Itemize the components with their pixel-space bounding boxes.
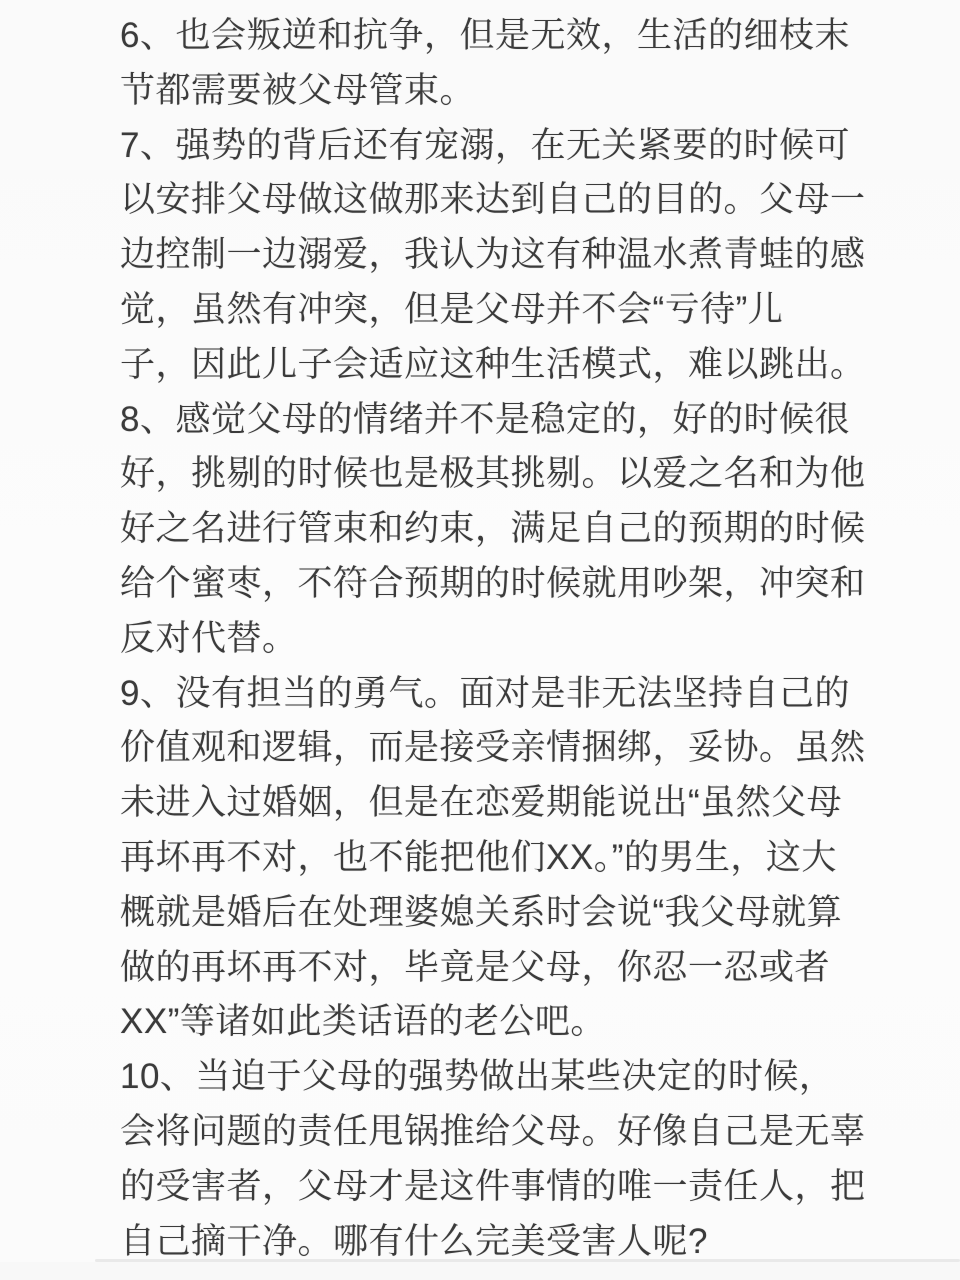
- bottom-divider: [95, 1259, 960, 1262]
- text-line: 再坏再不对，也不能把他们XX。”的男生，这大: [0, 831, 960, 886]
- text-line: 7、强势的背后还有宠溺，在无关紧要的时候可: [0, 119, 960, 174]
- text-line: 10、当迫于父母的强势做出某些决定的时候，: [0, 1050, 960, 1105]
- text-line: 概就是婚后在处理婆媳关系时会说“我父母就算: [0, 886, 960, 941]
- text-line: 边控制一边溺爱，我认为这有种温水煮青蛙的感: [0, 228, 960, 283]
- text-line: 子，因此儿子会适应这种生活模式，难以跳出。: [0, 338, 960, 393]
- text-line: 8、感觉父母的情绪并不是稳定的，好的时候很: [0, 393, 960, 448]
- text-line: 的受害者，父母才是这件事情的唯一责任人，把: [0, 1160, 960, 1215]
- text-line: 给个蜜枣，不符合预期的时候就用吵架，冲突和: [0, 557, 960, 612]
- bottom-background-strip: [0, 1262, 960, 1280]
- text-line: 9、没有担当的勇气。面对是非无法坚持自己的: [0, 667, 960, 722]
- text-line: 好，挑剔的时候也是极其挑剔。以爱之名和为他: [0, 447, 960, 502]
- text-line: 价值观和逻辑，而是接受亲情捆绑，妥协。虽然: [0, 721, 960, 776]
- text-line: 未进入过婚姻，但是在恋爱期能说出“虽然父母: [0, 776, 960, 831]
- text-line: 6、也会叛逆和抗争，但是无效，生活的细枝末: [0, 9, 960, 64]
- text-line: 做的再坏再不对，毕竟是父母，你忍一忍或者: [0, 941, 960, 996]
- text-line: 觉，虽然有冲突，但是父母并不会“亏待”儿: [0, 283, 960, 338]
- text-line: 以安排父母做这做那来达到自己的目的。父母一: [0, 173, 960, 228]
- text-line: XX”等诸如此类话语的老公吧。: [0, 995, 960, 1050]
- text-line: 会将问题的责任甩锅推给父母。好像自己是无辜: [0, 1105, 960, 1160]
- text-line: 好之名进行管束和约束，满足自己的预期的时候: [0, 502, 960, 557]
- post-screenshot: 6、也会叛逆和抗争，但是无效，生活的细枝末 节都需要被父母管束。 7、强势的背后…: [0, 0, 960, 1280]
- text-line: 节都需要被父母管束。: [0, 64, 960, 119]
- text-line: 反对代替。: [0, 612, 960, 667]
- post-text-block: 6、也会叛逆和抗争，但是无效，生活的细枝末 节都需要被父母管束。 7、强势的背后…: [0, 9, 960, 1269]
